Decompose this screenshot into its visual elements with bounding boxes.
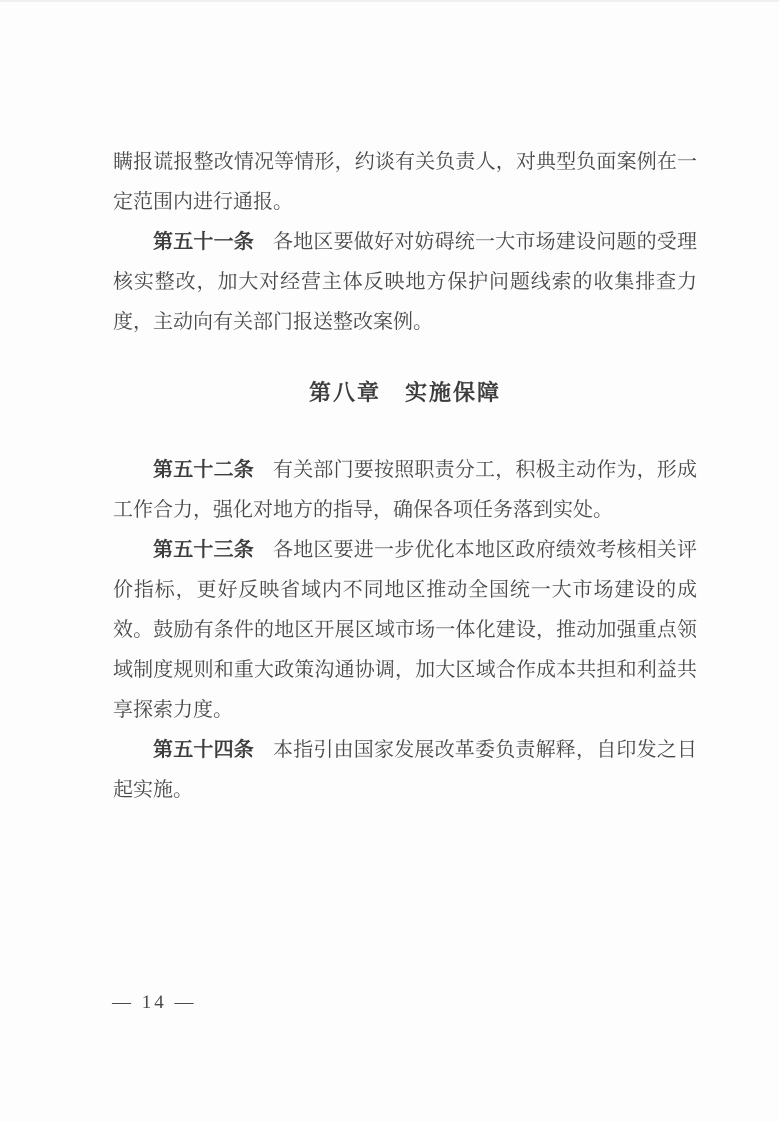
article-paragraph: 第五十一条各地区要做好对妨碍统一大市场建设问题的受理核实整改，加大对经营主体反映… xyxy=(113,222,697,342)
page-number: — 14 — xyxy=(112,992,197,1013)
article-paragraph: 第五十三条各地区要进一步优化本地区政府绩效考核相关评价指标，更好反映省域内不同地… xyxy=(113,530,697,730)
page-footer: — 14 — xyxy=(112,992,197,1014)
continuation-paragraph: 瞒报谎报整改情况等情形，约谈有关负责人，对典型负面案例在一定范围内进行通报。 xyxy=(113,142,697,222)
chapter-heading: 第八章 实施保障 xyxy=(113,373,697,413)
article-number: 第五十四条 xyxy=(153,739,254,761)
document-page: 瞒报谎报整改情况等情形，约谈有关负责人，对典型负面案例在一定范围内进行通报。第五… xyxy=(0,0,779,1122)
article-number: 第五十二条 xyxy=(153,459,254,481)
article-number: 第五十一条 xyxy=(153,231,254,253)
article-number: 第五十三条 xyxy=(153,539,254,561)
article-paragraph: 第五十四条本指引由国家发展改革委负责解释，自印发之日起实施。 xyxy=(113,730,697,810)
article-paragraph: 第五十二条有关部门要按照职责分工，积极主动作为，形成工作合力，强化对地方的指导，… xyxy=(113,450,697,530)
paragraph-text: 瞒报谎报整改情况等情形，约谈有关负责人，对典型负面案例在一定范围内进行通报。 xyxy=(113,151,697,213)
document-body: 瞒报谎报整改情况等情形，约谈有关负责人，对典型负面案例在一定范围内进行通报。第五… xyxy=(113,142,697,810)
paragraph-text: 各地区要进一步优化本地区政府绩效考核相关评价指标，更好反映省域内不同地区推动全国… xyxy=(113,539,697,721)
